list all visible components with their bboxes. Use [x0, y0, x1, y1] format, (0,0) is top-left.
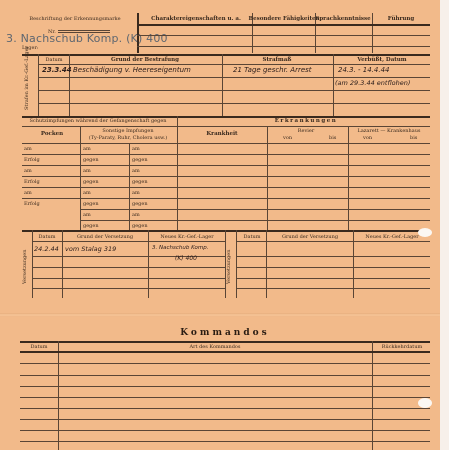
rule [137, 35, 430, 36]
rule [20, 375, 430, 376]
col-verbuesst: Verbüßt, Datum [357, 57, 406, 63]
transfer-date: 24.2.44 [34, 245, 59, 253]
transfer-col-lager: Neues Kr.-Gef.-Lager [160, 234, 213, 240]
transfers-side-label-left: Versetzungen [22, 248, 28, 284]
rule [32, 288, 225, 289]
divider [80, 126, 81, 230]
vaccinations-title: Schutzimpfungen während der Gefangenscha… [29, 118, 166, 124]
rule [22, 187, 430, 188]
col-grund: Grund der Bestrafung [111, 57, 179, 63]
pocken-erfolg-2: Erfolg [24, 179, 40, 185]
rule [22, 230, 430, 232]
col-datum: Datum [46, 57, 63, 63]
sonstige-gegen-4a: gegen [83, 223, 99, 229]
col-conduct: Führung [388, 16, 415, 22]
revier-von: von [283, 135, 292, 141]
rule [38, 103, 430, 104]
paper-edge [440, 0, 449, 450]
divider [267, 126, 268, 230]
kommandos-title: Kommandos [180, 328, 269, 338]
sonstige-am-2b: am [132, 168, 140, 174]
rule [22, 198, 430, 199]
sonstige-am-1a: am [83, 146, 91, 152]
rule [22, 54, 430, 56]
rule [236, 241, 430, 242]
sonstige-gegen-3a: gegen [83, 201, 99, 207]
sonstige-gegen-3b: gegen [132, 201, 148, 207]
rule [80, 209, 430, 210]
pocken-am-1: am [24, 146, 32, 152]
illnesses-title: Erkrankungen [275, 118, 338, 124]
transfer-col-lager-2: Neues Kr.-Gef.-Lager [365, 234, 418, 240]
sonstige-am-1b: am [132, 146, 140, 152]
rule [20, 397, 430, 398]
punch-hole [418, 228, 432, 237]
col-pocken: Pocken [41, 131, 63, 137]
transfer-col-datum: Datum [39, 234, 56, 240]
rule [22, 176, 430, 177]
kommando-col-art: Art des Kommandos [190, 344, 241, 350]
rule [236, 278, 430, 279]
rule [20, 386, 430, 387]
rule [32, 278, 225, 279]
sonstige-gegen-1a: gegen [83, 157, 99, 163]
col-strafmass: Strafmaß [263, 57, 292, 63]
col-languages: Sprachkenntnisse [315, 16, 370, 22]
kommando-col-rueckkehr: Rückkehrdatum [382, 344, 423, 350]
col-lazarett: Lazarett — Krankenhaus [358, 128, 421, 134]
punishment-sentence: 21 Tage geschr. Arrest [233, 66, 312, 74]
rule [22, 165, 430, 166]
kommando-col-datum: Datum [31, 344, 48, 350]
fold-crease [0, 313, 440, 317]
punishment-note: (am 29.3.44 entflohen) [335, 79, 410, 87]
rule [20, 430, 430, 431]
sonstige-gegen-2a: gegen [83, 179, 99, 185]
rule [38, 64, 430, 65]
rule [236, 256, 430, 257]
lazarett-von: von [363, 135, 372, 141]
lazarett-bis: bis [410, 135, 417, 141]
rule [20, 408, 430, 409]
sonstige-am-3a: am [83, 190, 91, 196]
record-card: Beschriftung der Erkennungsmarke Nr. 3. … [0, 0, 440, 450]
rule [38, 90, 430, 91]
punch-hole [418, 398, 432, 408]
rule [22, 143, 430, 144]
transfer-camp-line1: 3. Nachschub Komp. [152, 245, 208, 251]
rule [80, 220, 430, 221]
sonstige-am-3b: am [132, 190, 140, 196]
pocken-erfolg-1: Erfolg [24, 157, 40, 163]
punishment-date: 23.3.44 [42, 66, 72, 74]
tag-label: Beschriftung der Erkennungsmarke [29, 16, 120, 22]
punishment-served: 24.3. - 14.4.44 [338, 66, 390, 74]
sonstige-am-2a: am [83, 168, 91, 174]
transfer-col-datum-2: Datum [244, 234, 261, 240]
divider [137, 13, 139, 53]
rule [22, 126, 430, 127]
divider [372, 13, 373, 53]
rule [137, 24, 430, 26]
rule [236, 288, 430, 289]
revier-bis: bis [329, 135, 336, 141]
divider [348, 126, 349, 230]
pocken-am-3: am [24, 190, 32, 196]
transfer-reason: vom Stalag 319 [65, 245, 116, 253]
pocken-am-2: am [24, 168, 32, 174]
rule [22, 154, 430, 155]
sonstige-gegen-4b: gegen [132, 223, 148, 229]
punishment-reason: Beschädigung v. Heereseigentum [73, 66, 191, 74]
col-krankheit: Krankheit [206, 131, 237, 137]
divider [58, 341, 59, 450]
punishments-side-label: Strafen im Kr.-Gef.-Lager [24, 66, 30, 110]
col-character: Charaktereigenschaften u. a. [151, 16, 241, 22]
sonstige-am-4b: am [132, 212, 140, 218]
col-sonstige: Sonstige Impfungen [102, 128, 153, 134]
rule [20, 341, 430, 343]
rule [137, 46, 430, 47]
rule [20, 351, 430, 353]
rule [32, 267, 225, 268]
rule [32, 241, 225, 242]
tag-nr-line [58, 30, 110, 31]
divider [372, 341, 373, 450]
col-revier: Revier [298, 128, 315, 134]
unit-stamp: 3. Nachschub Komp. (K) 400 [6, 32, 168, 45]
sonstige-am-4a: am [83, 212, 91, 218]
transfer-camp-line2: (K) 400 [175, 255, 197, 262]
col-abilities: Besondere Fähigkeiten [248, 16, 319, 22]
rule [20, 441, 430, 442]
transfers-side-label-right: Versetzungen [226, 248, 232, 284]
col-sonstige-sub: (Ty-Paraty, Ruhr, Cholera usw.) [89, 135, 167, 141]
rule [20, 363, 430, 364]
sonstige-gegen-1b: gegen [132, 157, 148, 163]
transfer-col-grund-2: Grund der Versetzung [282, 234, 338, 240]
transfer-col-grund: Grund der Versetzung [77, 234, 133, 240]
sonstige-gegen-2b: gegen [132, 179, 148, 185]
rule [38, 77, 430, 78]
pocken-erfolg-3: Erfolg [24, 201, 40, 207]
rule [236, 267, 430, 268]
divider [177, 116, 178, 230]
rule [20, 419, 430, 420]
